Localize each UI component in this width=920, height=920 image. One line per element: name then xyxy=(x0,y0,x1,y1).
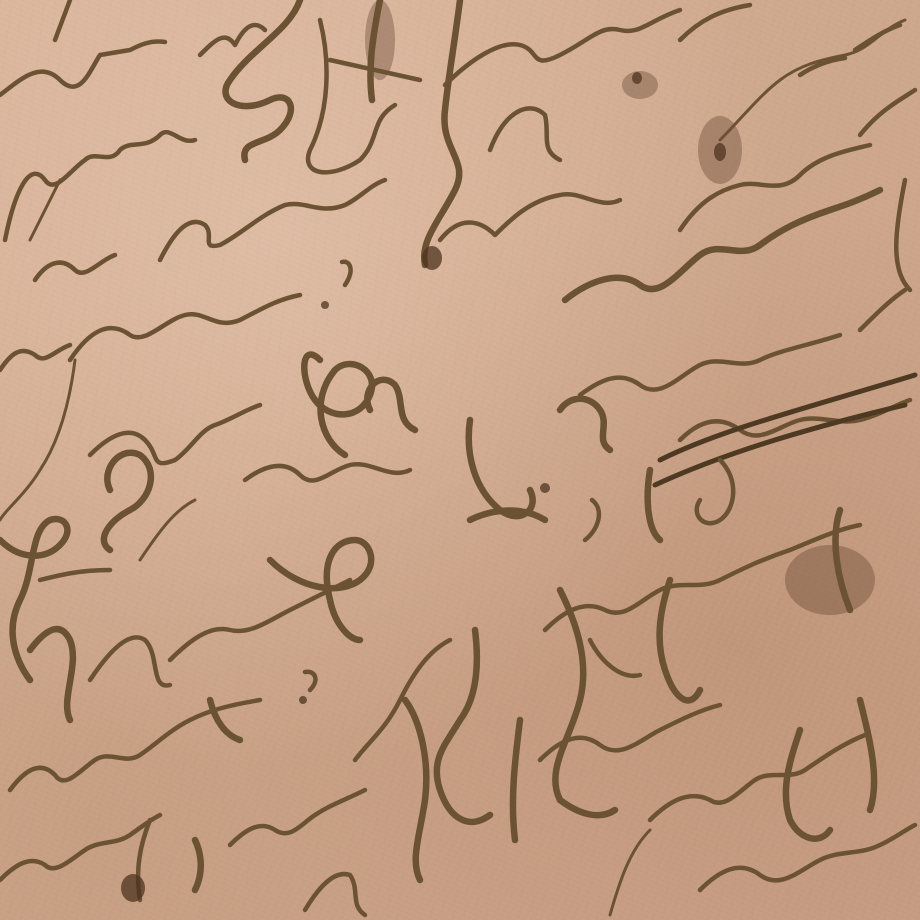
handwriting-fragment-f6 xyxy=(565,90,915,300)
punctuation-dot xyxy=(299,696,307,704)
handwriting-fragment-bottom-left xyxy=(0,815,365,915)
ink-stain xyxy=(785,545,875,615)
handwriting-fragment-f9 xyxy=(580,290,915,540)
ink-blot xyxy=(121,874,145,902)
handwriting-fragment-f1 xyxy=(0,0,265,95)
handwriting-fragment-f3 xyxy=(445,5,905,140)
ink-blot xyxy=(714,143,726,161)
handwriting-fragment-f8 xyxy=(90,355,415,560)
handwriting-layer xyxy=(0,0,920,920)
ink-blot xyxy=(632,72,642,84)
handwriting-fragment-mid xyxy=(0,399,610,680)
handwriting-fragment-f7 xyxy=(0,262,351,520)
punctuation-dot xyxy=(321,301,329,309)
handwriting-fragment-f4 xyxy=(5,132,195,240)
ink-blot xyxy=(422,246,442,270)
punctuation-dot xyxy=(540,483,550,493)
handwriting-fragment-row4-left xyxy=(30,540,371,720)
handwriting-fragment-f5 xyxy=(35,0,620,280)
manuscript-sheet: Mirror (right-to-left) cursive handwriti… xyxy=(0,0,920,920)
